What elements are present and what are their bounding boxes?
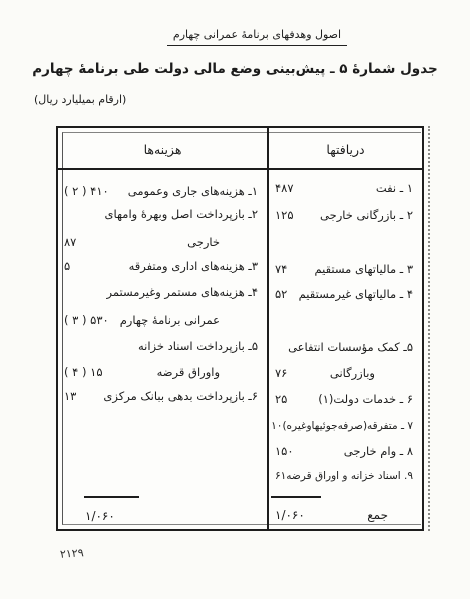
row-label: وبازرگانی [330,366,413,380]
table-row: ۷ ـ متفرقه(صرفه‌جوئیهاوغیره) ۱۰ [269,417,422,435]
row-label: ۹. اسناد خزانه و اوراق قرضه [286,470,413,482]
row-value: ۷۴ [275,262,287,276]
row-label: ۳ـ هزینه‌های اداری ومتفرقه [129,259,258,273]
table-row: ۲ ـ بازرگانی خارجی ۱۲۵ [269,206,422,224]
row-label: ۳ ـ مالیاتهای مستقیم [314,262,413,276]
table-row: ۳ـ هزینه‌های اداری ومتفرقه ۵ [58,257,267,275]
row-label: ۵ـ کمک مؤسسات انتفاعی [288,340,413,354]
row-label: ۶ـ بازپرداخت بدهی ببانک مرکزی [103,389,258,403]
total-row: جمع ۱/۰۶۰ [269,506,422,524]
table-row: ۱ ـ نفت ۴۸۷ [269,179,422,197]
column-header-receipts: دریافتها [269,128,422,170]
row-value: ۸۷ [64,235,76,249]
table-row-continuation: واوراق قرضه ۱۵ ( ۴ ) [58,363,267,381]
table-row-continuation: خارجی ۸۷ [58,233,267,251]
total-value: ۱/۰۶۰ [85,509,115,523]
row-label: ۵ـ بازپرداخت اسناد خزانه [138,339,258,353]
row-label: ۸ ـ وام خارجی [344,444,413,458]
row-value: ۶۱ [275,470,286,482]
row-label: ۴ـ هزینه‌های مستمر وغیرمستمر [107,285,259,299]
row-value: ۱۲۵ [275,208,294,222]
table-row: ۱ـ هزینه‌های جاری وعمومی ۴۱۰ ( ۲ ) [58,182,267,200]
total-rule [271,496,321,498]
total-label: جمع [367,508,388,522]
table-row-continuation: عمرانی برنامۀ چهارم ۵۳۰ ( ۳ ) [58,311,267,329]
row-label: ۶ ـ خدمات دولت(۱) [318,392,413,406]
receipts-column: ۱ ـ نفت ۴۸۷ ۲ ـ بازرگانی خارجی ۱۲۵ ۳ ـ م… [269,170,422,529]
row-value: ۵ [64,259,70,273]
row-label: واوراق قرضه [157,365,258,379]
column-header-expenses: هزینه‌ها [58,128,267,170]
row-label: ۱ ـ نفت [376,181,413,195]
table-row: ۶ ـ خدمات دولت(۱) ۲۵ [269,390,422,408]
expenses-column: ۱ـ هزینه‌های جاری وعمومی ۴۱۰ ( ۲ ) ۲ـ با… [58,170,267,529]
row-value: ۱۵۰ [275,444,294,458]
row-label: خارجی [187,235,258,249]
table-row: ۵ـ بازپرداخت اسناد خزانه [58,337,267,355]
table-row-continuation: وبازرگانی ۷۶ [269,364,422,382]
row-label: ۲ ـ بازرگانی خارجی [320,208,413,222]
total-value: ۱/۰۶۰ [275,508,305,522]
row-value: ۱۳ [64,389,76,403]
book-header: اصول وهدفهای برنامۀ عمرانی چهارم [0,28,470,46]
total-rule [84,496,139,498]
table-row: ۲ـ بازپرداخت اصل وبهرۀ وامهای [58,205,267,223]
scanned-document-page: { "page": { "book_header": "اصول وهدفهای… [0,0,470,599]
table-row: ۹. اسناد خزانه و اوراق قرضه ۶۱ [269,467,422,485]
book-header-text: اصول وهدفهای برنامۀ عمرانی چهارم [167,28,347,46]
row-value: ۲۵ [275,392,287,406]
row-value: ۵۳۰ ( ۳ ) [64,313,109,327]
row-value: ۷۶ [275,366,287,380]
row-value: ۱۰ [271,420,282,432]
table-body: ۱ ـ نفت ۴۸۷ ۲ ـ بازرگانی خارجی ۱۲۵ ۳ ـ م… [58,170,422,529]
row-value: ۴۱۰ ( ۲ ) [64,184,109,198]
table-row: ۶ـ بازپرداخت بدهی ببانک مرکزی ۱۳ [58,387,267,405]
table-row: ۵ـ کمک مؤسسات انتفاعی [269,338,422,356]
row-label: ۲ـ بازپرداخت اصل وبهرۀ وامهای [104,207,258,221]
table-row: ۴ـ هزینه‌های مستمر وغیرمستمر [58,283,267,301]
table-header-row: دریافتها هزینه‌ها [58,128,422,170]
budget-table: دریافتها هزینه‌ها ۱ ـ نفت ۴۸۷ ۲ ـ بازرگا… [56,126,424,531]
total-row: ۱/۰۶۰ [58,507,267,525]
table-row: ۴ ـ مالیاتهای غیرمستقیم ۵۲ [269,285,422,303]
row-value: ۴۸۷ [275,181,294,195]
row-value: ۵۲ [275,287,287,301]
row-label: ۱ـ هزینه‌های جاری وعمومی [128,184,258,198]
row-label: عمرانی برنامۀ چهارم [120,313,258,327]
row-value: ۱۵ ( ۴ ) [64,365,103,379]
row-label: ۷ ـ متفرقه(صرفه‌جوئیهاوغیره) [282,420,413,432]
unit-note: (ارقام بمیلیارد ریال) [34,93,126,106]
table-title: جدول شمارۀ ۵ ـ پیش‌بینی وضع مالی دولت طی… [8,61,462,77]
page-number: ۲۱۲۹ [60,546,84,561]
row-label: ۴ ـ مالیاتهای غیرمستقیم [299,287,413,301]
table-row: ۸ ـ وام خارجی ۱۵۰ [269,442,422,460]
table-row: ۳ ـ مالیاتهای مستقیم ۷۴ [269,260,422,278]
